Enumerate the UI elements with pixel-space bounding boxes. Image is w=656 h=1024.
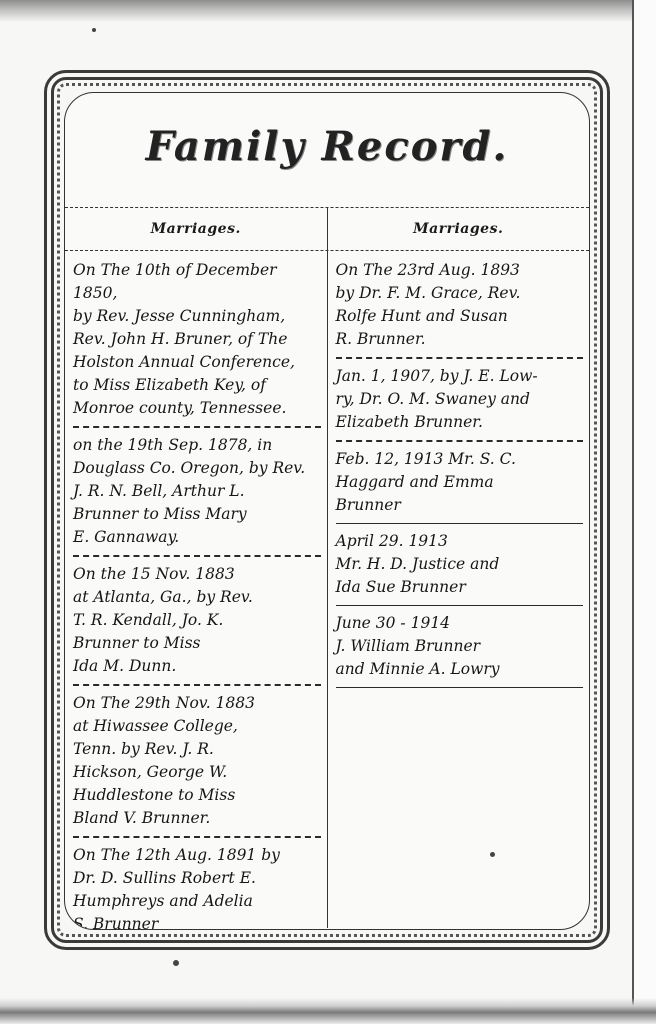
left-column: On The 10th of December 1850, by Rev. Je… — [65, 251, 328, 928]
marriage-entry: June 30 - 1914 J. William Brunner and Mi… — [336, 612, 584, 688]
scan-speck — [92, 28, 96, 32]
scan-bottom-edge — [0, 998, 656, 1024]
column-header-right: Marriages. — [328, 208, 590, 250]
record-page: Family Record. Marriages. Marriages. On … — [64, 92, 590, 930]
column-header-left: Marriages. — [65, 208, 328, 250]
marriage-entry: On the 15 Nov. 1883 at Atlanta, Ga., by … — [73, 563, 321, 686]
marriages-table: Marriages. Marriages. On The 10th of Dec… — [65, 207, 589, 929]
marriage-entry: Feb. 12, 1913 Mr. S. C. Haggard and Emma… — [336, 448, 584, 524]
scan-speck — [490, 852, 495, 857]
marriage-entry: April 29. 1913 Mr. H. D. Justice and Ida… — [336, 530, 584, 606]
marriage-entry: on the 19th Sep. 1878, in Douglass Co. O… — [73, 434, 321, 557]
scan-top-edge — [0, 0, 636, 22]
right-column: On The 23rd Aug. 1893 by Dr. F. M. Grace… — [328, 251, 590, 928]
marriage-entry: On The 12th Aug. 1891 by Dr. D. Sullins … — [73, 844, 321, 930]
marriage-entry: Jan. 1, 1907, by J. E. Low- ry, Dr. O. M… — [336, 365, 584, 442]
marriage-entry: On The 23rd Aug. 1893 by Dr. F. M. Grace… — [336, 259, 584, 359]
page-title: Family Record. — [65, 123, 589, 170]
marriage-entry: On The 10th of December 1850, by Rev. Je… — [73, 259, 321, 428]
table-header-row: Marriages. Marriages. — [65, 208, 589, 251]
marriage-entry: On The 29th Nov. 1883 at Hiwassee Colleg… — [73, 692, 321, 838]
scan-right-edge — [632, 0, 656, 1024]
table-body: On The 10th of December 1850, by Rev. Je… — [65, 251, 589, 928]
scan-speck — [173, 960, 179, 966]
